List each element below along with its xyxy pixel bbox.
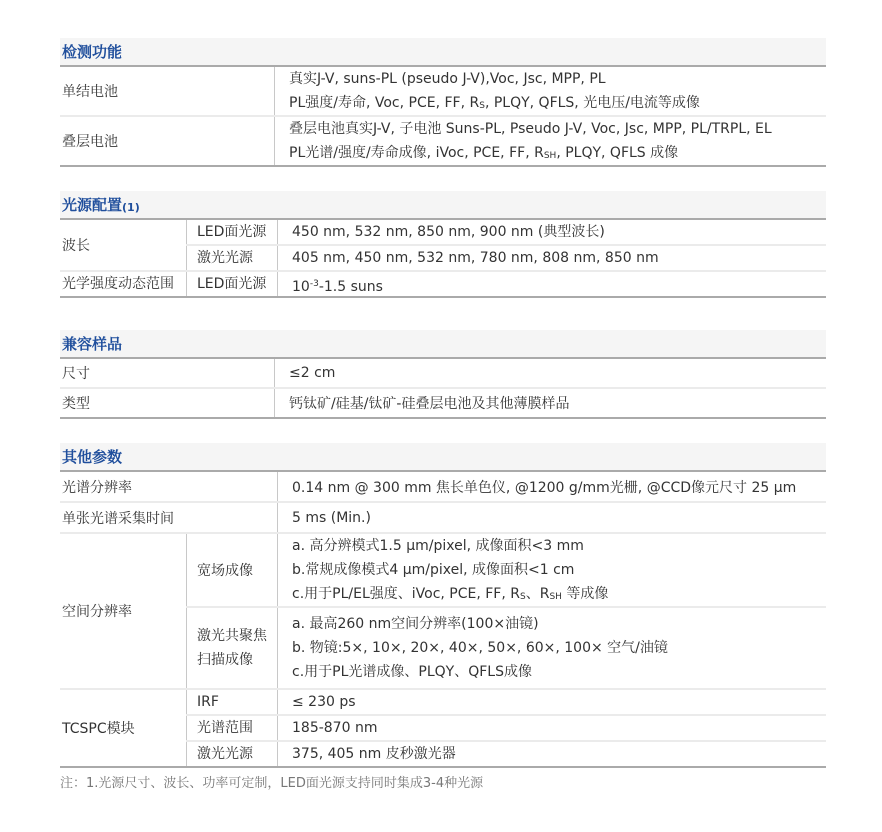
row-value: 真实J-V, suns-PL (pseudo J-V),Voc, Jsc, MP… [275, 67, 827, 116]
value-line: a. 最高260 nm空间分辨率(100×油镜) [292, 612, 826, 636]
value-line: PL光谱/强度/寿命成像, iVoc, PCE, FF, RSH, PLQY, … [289, 141, 826, 165]
section-samples: 兼容样品 尺寸 ≤2 cm 类型 钙钛矿/硅基/钛矿-硅叠层电池及其他薄膜样品 [60, 330, 826, 419]
row-sublabel: LED面光源 [187, 271, 278, 297]
row-value: a. 高分辨模式1.5 µm/pixel, 成像面积<3 mm b.常规成像模式… [278, 533, 827, 607]
value-line: PL强度/寿命, Voc, PCE, FF, RS, PLQY, QFLS, 光… [289, 91, 826, 115]
row-sublabel: IRF [187, 689, 278, 715]
table-row: 单结电池 真实J-V, suns-PL (pseudo J-V),Voc, Js… [60, 67, 826, 116]
row-label: 单张光谱采集时间 [60, 502, 278, 533]
table-row: 类型 钙钛矿/硅基/钛矿-硅叠层电池及其他薄膜样品 [60, 388, 826, 418]
footnote: 注：1.光源尺寸、波长、功率可定制，LED面光源支持同时集成3-4种光源 [60, 772, 483, 791]
row-value: 450 nm, 532 nm, 850 nm, 900 nm (典型波长) [278, 220, 827, 245]
table-row: 光谱分辨率 0.14 nm @ 300 mm 焦长单色仪, @1200 g/mm… [60, 472, 826, 502]
value-line: a. 高分辨模式1.5 µm/pixel, 成像面积<3 mm [292, 534, 826, 558]
table-row: TCSPC模块 IRF ≤ 230 ps [60, 689, 826, 715]
row-value: 5 ms (Min.) [278, 502, 827, 533]
table-row: 单张光谱采集时间 5 ms (Min.) [60, 502, 826, 533]
samples-table: 尺寸 ≤2 cm 类型 钙钛矿/硅基/钛矿-硅叠层电池及其他薄膜样品 [60, 359, 826, 419]
row-value: 185-870 nm [278, 715, 827, 741]
row-label: 叠层电池 [60, 116, 275, 166]
value-line: 真实J-V, suns-PL (pseudo J-V),Voc, Jsc, MP… [289, 67, 826, 91]
value-line: b. 物镜:5×, 10×, 20×, 40×, 50×, 60×, 100× … [292, 636, 826, 660]
section-detection: 检测功能 单结电池 真实J-V, suns-PL (pseudo J-V),Vo… [60, 38, 826, 167]
row-label: 单结电池 [60, 67, 275, 116]
table-row: 尺寸 ≤2 cm [60, 359, 826, 388]
row-value: 405 nm, 450 nm, 532 nm, 780 nm, 808 nm, … [278, 245, 827, 271]
row-value: 钙钛矿/硅基/钛矿-硅叠层电池及其他薄膜样品 [275, 388, 827, 418]
section-other: 其他参数 光谱分辨率 0.14 nm @ 300 mm 焦长单色仪, @1200… [60, 443, 826, 768]
value-line: b.常规成像模式4 µm/pixel, 成像面积<1 cm [292, 558, 826, 582]
value-line: c.用于PL光谱成像、PLQY、QFLS成像 [292, 660, 826, 684]
row-sublabel: 激光光源 [187, 245, 278, 271]
row-sublabel: 宽场成像 [187, 533, 278, 607]
row-label: 光谱分辨率 [60, 472, 278, 502]
row-label: 尺寸 [60, 359, 275, 388]
value-line: 叠层电池真实J-V, 子电池 Suns-PL, Pseudo J-V, Voc,… [289, 117, 826, 141]
row-sublabel: 激光光源 [187, 741, 278, 767]
footnote-marker: (1) [122, 201, 140, 214]
row-value: ≤2 cm [275, 359, 827, 388]
spec-sheet: 检测功能 单结电池 真实J-V, suns-PL (pseudo J-V),Vo… [60, 38, 826, 792]
row-label: 空间分辨率 [60, 533, 187, 689]
row-sublabel: 光谱范围 [187, 715, 278, 741]
row-value: 叠层电池真实J-V, 子电池 Suns-PL, Pseudo J-V, Voc,… [275, 116, 827, 166]
section-light-source: 光源配置(1) 波长 LED面光源 450 nm, 532 nm, 850 nm… [60, 191, 826, 298]
section-title: 检测功能 [60, 38, 826, 67]
row-value: a. 最高260 nm空间分辨率(100×油镜) b. 物镜:5×, 10×, … [278, 607, 827, 689]
row-value: 0.14 nm @ 300 mm 焦长单色仪, @1200 g/mm光栅, @C… [278, 472, 827, 502]
section-title: 光源配置(1) [60, 191, 826, 220]
section-title: 兼容样品 [60, 330, 826, 359]
row-sublabel: LED面光源 [187, 220, 278, 245]
value-line: c.用于PL/EL强度、iVoc, PCE, FF, RS、RSH 等成像 [292, 582, 826, 606]
row-label: 类型 [60, 388, 275, 418]
section-title: 其他参数 [60, 443, 826, 472]
row-label: 波长 [60, 220, 187, 271]
table-row: 波长 LED面光源 450 nm, 532 nm, 850 nm, 900 nm… [60, 220, 826, 245]
row-value: 10-3-1.5 suns [278, 271, 827, 297]
row-label: 光学强度动态范围 [60, 271, 187, 297]
row-sublabel: 激光共聚焦 扫描成像 [187, 607, 278, 689]
detection-table: 单结电池 真实J-V, suns-PL (pseudo J-V),Voc, Js… [60, 67, 826, 167]
light-source-table: 波长 LED面光源 450 nm, 532 nm, 850 nm, 900 nm… [60, 220, 826, 298]
table-row: 光学强度动态范围 LED面光源 10-3-1.5 suns [60, 271, 826, 297]
other-table: 光谱分辨率 0.14 nm @ 300 mm 焦长单色仪, @1200 g/mm… [60, 472, 826, 768]
row-label: TCSPC模块 [60, 689, 187, 767]
table-row: 空间分辨率 宽场成像 a. 高分辨模式1.5 µm/pixel, 成像面积<3 … [60, 533, 826, 607]
row-value: ≤ 230 ps [278, 689, 827, 715]
row-value: 375, 405 nm 皮秒激光器 [278, 741, 827, 767]
table-row: 叠层电池 叠层电池真实J-V, 子电池 Suns-PL, Pseudo J-V,… [60, 116, 826, 166]
